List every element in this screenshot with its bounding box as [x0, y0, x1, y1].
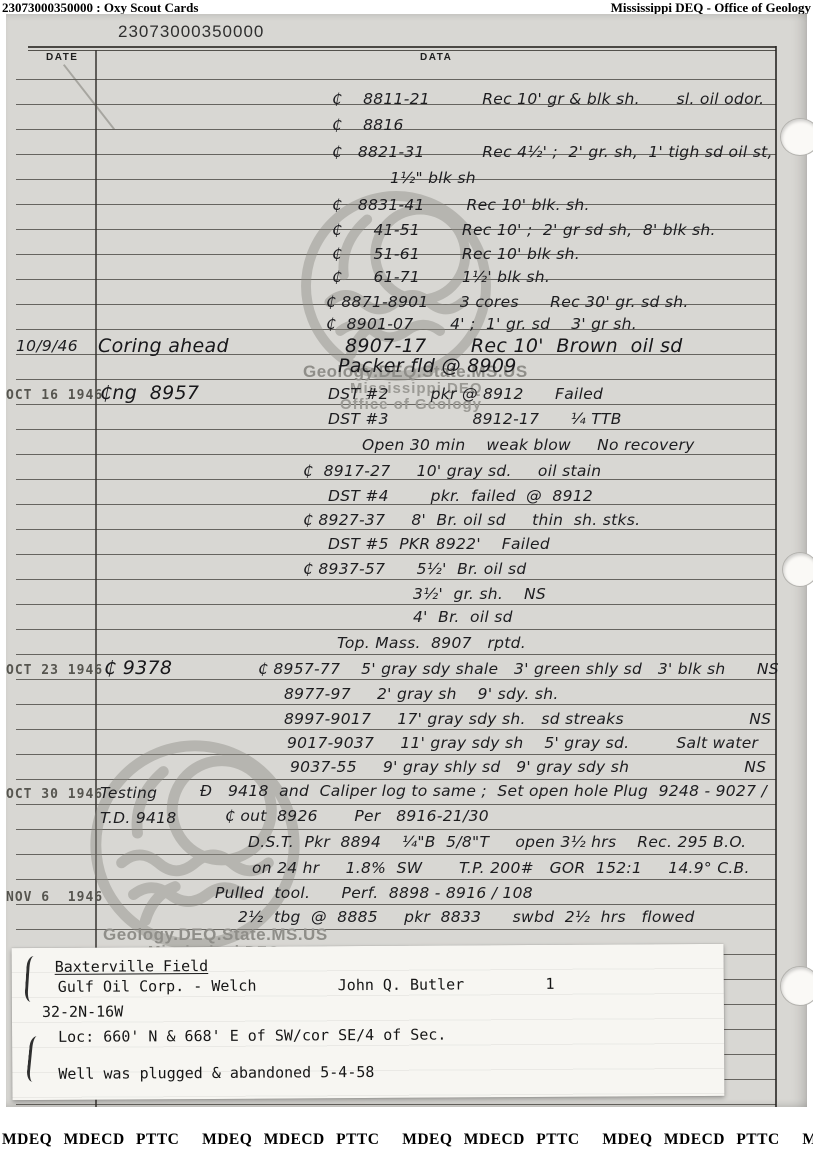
handwritten-line: ₵ 61-71 1½' blk sh. [332, 268, 550, 286]
handwritten-line: ₵ 8816 [332, 116, 404, 134]
handwritten-line: ₵ 8927-37 8' Br. oil sd thin sh. stks. [303, 511, 640, 529]
handwritten-line: DST #3 8912-17 ¼ TTB [328, 410, 622, 428]
date-stamp: OCT 23 1946 [6, 663, 103, 678]
handwritten-line: 1½" blk sh [390, 169, 476, 187]
handwritten-line: Coring ahead [98, 335, 229, 357]
handwritten-line: ₵ 8811-21 Rec 10' gr & blk sh. sl. oil o… [332, 90, 764, 108]
handwritten-line: Pulled tool. Perf. 8898 - 8916 / 108 [215, 884, 533, 902]
handwritten-line: 3½' gr. sh. NS [413, 585, 546, 603]
handwritten-line: 8907-17 Rec 10' Brown oil sd [345, 335, 683, 357]
footer-repeat-text: MDEQ MDECD PTTC MDEQ MDECD PTTC MDEQ MDE… [2, 1131, 813, 1149]
handwritten-line: Packer fld @ 8909 [338, 355, 517, 377]
date-stamp: OCT 30 1946 [6, 787, 103, 802]
binder-hole [780, 118, 813, 156]
handwritten-line: ₵ 8937-57 5½' Br. oil sd [303, 560, 527, 578]
handwritten-line: ₵ 8917-27 10' gray sd. oil stain [303, 462, 601, 480]
handwritten-line: 9017-9037 11' gray sdy sh 5' gray sd. Sa… [287, 734, 758, 752]
section-township-range: 32-2N-16W [42, 1002, 123, 1020]
well-status: Well was plugged & abandoned 5-4-58 [58, 1063, 374, 1083]
handwritten-line: 4' Br. oil sd [413, 608, 513, 626]
handwritten-line: ₵ 9378 [104, 657, 172, 679]
handwritten-line: ₵ 8821-31 Rec 4½' ; 2' gr. sh, 1' tigh s… [332, 143, 773, 161]
staple-mark [24, 956, 38, 1003]
handwritten-line: ₵ 51-61 Rec 10' blk sh. [332, 245, 580, 263]
staple-mark [26, 1036, 41, 1083]
typed-note-card: Baxterville Field Gulf Oil Corp. - Welch… [12, 944, 725, 1100]
handwritten-line: 8997-9017 17' gray sdy sh. sd streaks NS [284, 710, 771, 728]
handwritten-line: T.D. 9418 [100, 809, 177, 827]
handwritten-line: ₵ 8957-77 5' gray sdy shale 3' green shl… [258, 660, 779, 678]
handwritten-line: ₵ng 8957 [100, 382, 199, 404]
binder-hole [782, 552, 813, 587]
handwritten-line: Testing [100, 784, 157, 802]
handwritten-line: 9037-55 9' gray shly sd 9' gray sdy sh N… [290, 758, 766, 776]
handwritten-line: DST #4 pkr. failed @ 8912 [328, 487, 593, 505]
handwritten-line: 8977-97 2' gray sh 9' sdy. sh. [284, 685, 559, 703]
operator-line: Gulf Oil Corp. - Welch John Q. Butler 1 [58, 975, 555, 996]
print-footer: MDEQ MDECD PTTC MDEQ MDECD PTTC MDEQ MDE… [0, 1107, 813, 1156]
handwritten-line: Ð 9418 and Caliper log to same ; Set ope… [200, 782, 767, 800]
handwritten-line: D.S.T. Pkr 8894 ¼"B 5/8"T open 3½ hrs Re… [248, 833, 746, 851]
handwritten-line: ₵ 41-51 Rec 10' ; 2' gr sd sh, 8' blk sh… [332, 221, 716, 239]
handwritten-line: Top. Mass. 8907 rptd. [337, 634, 526, 652]
well-location: Loc: 660' N & 668' E of SW/cor SE/4 of S… [58, 1026, 446, 1046]
handwritten-line: Open 30 min weak blow No recovery [362, 436, 695, 454]
handwritten-line: ₵ out 8926 Per 8916-21/30 [225, 807, 489, 825]
binder-hole [780, 966, 813, 1006]
field-name: Baxterville Field [55, 957, 209, 976]
handwritten-line: DST #5 PKR 8922' Failed [328, 535, 550, 553]
handwritten-line: on 24 hr 1.8% SW T.P. 200# GOR 152:1 14.… [252, 859, 750, 877]
handwritten-line: 2½ tbg @ 8885 pkr 8833 swbd 2½ hrs flowe… [238, 908, 695, 926]
handwritten-line: DST #2 pkr @ 8912 Failed [328, 385, 603, 403]
handwritten-line: ₵ 8871-8901 3 cores Rec 30' gr. sd sh. [326, 293, 689, 311]
handwritten-line: 10/9/46 [16, 337, 78, 355]
date-stamp: OCT 16 1946 [6, 388, 103, 403]
date-stamp: NOV 6 1946 [6, 890, 103, 905]
handwritten-line: ₵ 8901-07 4' ; 1' gr. sd 3' gr sh. [326, 315, 637, 333]
handwritten-line: ₵ 8831-41 Rec 10' blk. sh. [332, 196, 590, 214]
